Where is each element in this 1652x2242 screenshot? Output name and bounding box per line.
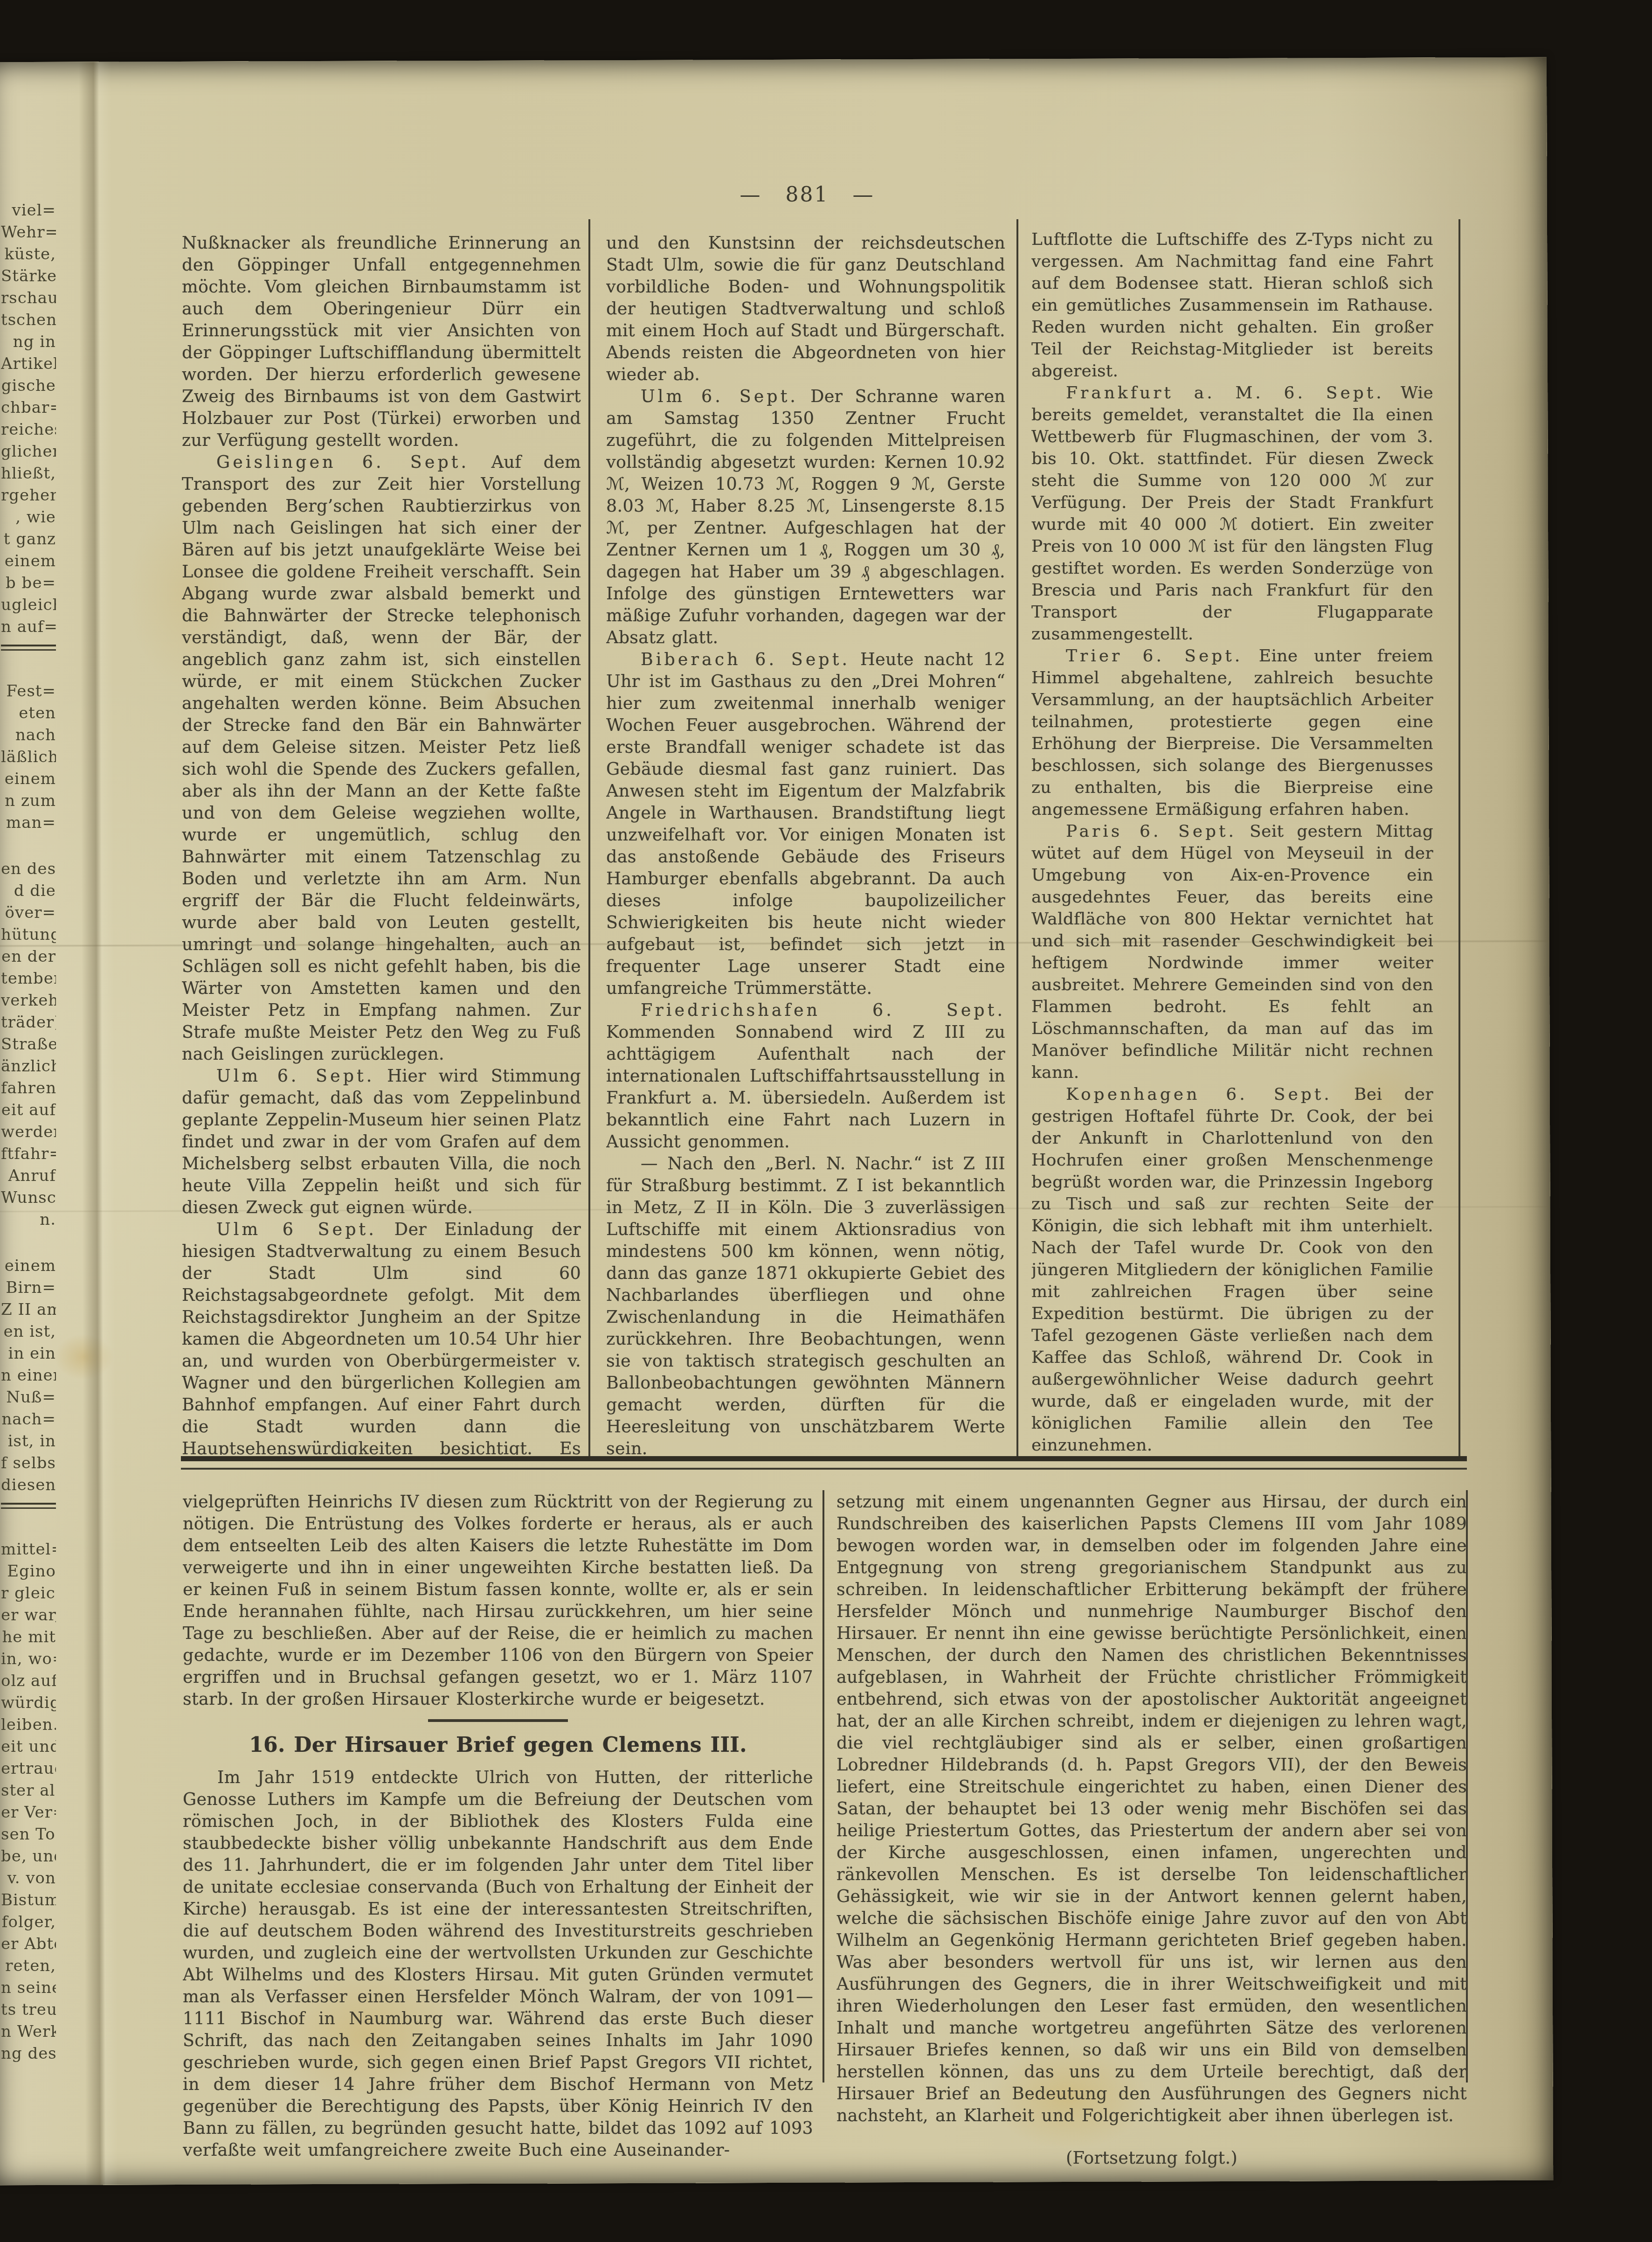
- paragraph: Luftflotte die Luftschiffe des Z-Typs ni…: [1031, 229, 1433, 382]
- separator-rule-short: [428, 1719, 568, 1722]
- edge-text-fragment: werden.: [1, 1121, 56, 1143]
- feuilleton-column-left: vielgeprüften Heinrichs IV diesen zum Rü…: [183, 1491, 813, 2188]
- paragraph: vielgeprüften Heinrichs IV diesen zum Rü…: [183, 1491, 813, 1710]
- scan-border-top: [0, 0, 1652, 61]
- facing-page-edge-text: viel=Wehr=küste,Stärkerschautschenng inA…: [1, 200, 56, 2065]
- edge-text-fragment: folger,: [1, 1911, 56, 1933]
- edge-text-fragment: Wehr=: [1, 222, 56, 243]
- edge-text-fragment: n Werk=: [1, 2021, 56, 2043]
- edge-text-fragment: glichen: [1, 441, 56, 463]
- edge-text-fragment: ftfahr=: [1, 1143, 56, 1165]
- edge-text-fragment: f selbst: [1, 1452, 56, 1474]
- edge-text-fragment: en ist,: [1, 1321, 56, 1343]
- scan-border-bottom: [0, 2185, 1652, 2242]
- edge-text-fragment: Wunsch: [1, 1187, 56, 1209]
- edge-text-fragment: Stärke: [1, 265, 56, 287]
- edge-text-fragment: tember: [1, 968, 56, 990]
- edge-text-fragment: över=: [1, 902, 56, 924]
- edge-text-fragment: Bistum: [1, 1889, 56, 1911]
- edge-text-fragment: en der: [1, 946, 56, 968]
- edge-double-rule: [1, 1503, 56, 1509]
- edge-text-fragment: be, und: [1, 1846, 56, 1867]
- dateline-lead: Kopenhagen 6. Sept.: [1066, 1085, 1332, 1104]
- paragraph: Ulm 6. Sept. Der Schranne waren am Samst…: [606, 385, 1005, 648]
- edge-text-fragment: n einem: [1, 1365, 56, 1387]
- paragraph: Nußknacker als freundliche Erinnerung an…: [182, 232, 581, 451]
- edge-text-fragment: ts treu: [1, 1999, 56, 2021]
- paragraph: und den Kunstsinn der reichsdeutschen St…: [606, 232, 1005, 385]
- edge-text-fragment: en des: [1, 858, 56, 880]
- edge-text-fragment: mittel=: [1, 1539, 56, 1561]
- paragraph: Im Jahr 1519 entdeckte Ulrich von Hutten…: [183, 1766, 813, 2161]
- edge-text-fragment: olz auf: [1, 1670, 56, 1692]
- edge-text-fragment: diesen: [1, 1474, 56, 1496]
- edge-text-fragment: änzlich: [1, 1055, 56, 1077]
- news-column-2: und den Kunstsinn der reichsdeutschen St…: [606, 232, 1005, 1455]
- edge-text-fragment: in, wo=: [1, 1648, 56, 1670]
- edge-text-fragment: rgehen: [1, 485, 56, 507]
- dateline-lead: Friedrichshafen 6. Sept.: [641, 1000, 1005, 1020]
- column-divider: [1016, 219, 1018, 1458]
- fragment-gap: [1, 834, 56, 858]
- edge-text-fragment: man=: [1, 812, 56, 834]
- edge-text-fragment: eten: [1, 702, 56, 724]
- dateline-lead: Frankfurt a. M. 6. Sept.: [1066, 383, 1384, 403]
- edge-text-fragment: Anruf: [1, 1165, 56, 1187]
- fragment-gap: [1, 1514, 56, 1539]
- edge-text-fragment: sen Tod: [1, 1824, 56, 1846]
- edge-text-fragment: n zum: [1, 790, 56, 812]
- dateline-lead: Biberach 6. Sept.: [641, 649, 850, 669]
- edge-text-fragment: n.: [1, 1209, 56, 1231]
- edge-text-fragment: einem: [1, 550, 56, 572]
- edge-text-fragment: träder): [1, 1012, 56, 1034]
- column-divider: [588, 219, 590, 1458]
- section-divider-rule: [181, 1456, 1467, 1461]
- edge-text-fragment: Z II am: [1, 1299, 56, 1321]
- column-divider: [1458, 219, 1460, 1458]
- edge-text-fragment: ster als: [1, 1780, 56, 1802]
- edge-text-fragment: tschen: [1, 309, 56, 331]
- edge-text-fragment: nach: [1, 724, 56, 746]
- edge-text-fragment: reiches: [1, 419, 56, 441]
- edge-text-fragment: he mit: [1, 1626, 56, 1648]
- fragment-gap: [1, 1231, 56, 1255]
- edge-text-fragment: er Abtei: [1, 1933, 56, 1955]
- edge-text-fragment: in ein: [1, 1343, 56, 1365]
- edge-text-fragment: ng in: [1, 331, 56, 353]
- dateline-lead: Ulm 6. Sept.: [216, 1066, 374, 1086]
- edge-text-fragment: Egino: [1, 1561, 56, 1583]
- edge-text-fragment: läßlich: [1, 746, 56, 768]
- edge-text-fragment: hließt,: [1, 463, 56, 485]
- section-divider-rule-thin: [181, 1468, 1467, 1470]
- gutter-fold: [79, 62, 118, 2185]
- dateline-lead: Paris 6. Sept.: [1066, 822, 1237, 841]
- edge-text-fragment: reten,: [1, 1955, 56, 1977]
- dateline-lead: Geislingen 6. Sept.: [216, 452, 469, 472]
- edge-text-fragment: chbar=: [1, 397, 56, 419]
- paragraph: Biberach 6. Sept. Heute nacht 12 Uhr ist…: [606, 648, 1005, 999]
- edge-text-fragment: verkehr: [1, 990, 56, 1012]
- edge-text-fragment: Birn=: [1, 1277, 56, 1299]
- paragraph: Frankfurt a. M. 6. Sept. Wie bereits gem…: [1031, 382, 1433, 645]
- edge-text-fragment: eit und: [1, 1736, 56, 1758]
- edge-text-fragment: hütung: [1, 924, 56, 946]
- edge-text-fragment: Straßen: [1, 1034, 56, 1055]
- edge-text-fragment: gische: [1, 375, 56, 397]
- edge-text-fragment: Nuß=: [1, 1387, 56, 1409]
- continuation-note: (Fortsetzung folgt.): [836, 2147, 1467, 2169]
- fragment-gap: [1, 656, 56, 680]
- edge-text-fragment: t ganz: [1, 528, 56, 550]
- edge-text-fragment: einem: [1, 1255, 56, 1277]
- edge-text-fragment: ertrauen: [1, 1758, 56, 1780]
- news-column-1: Nußknacker als freundliche Erinnerung an…: [182, 232, 581, 1455]
- edge-text-fragment: v. von: [1, 1867, 56, 1889]
- edge-text-fragment: n seinen: [1, 1977, 56, 1999]
- edge-text-fragment: nach=: [1, 1409, 56, 1430]
- edge-text-fragment: ist, in: [1, 1430, 56, 1452]
- edge-text-fragment: rschau: [1, 287, 56, 309]
- edge-text-fragment: eit auf: [1, 1099, 56, 1121]
- paragraph: Ulm 6 Sept. Der Einladung der hiesigen S…: [182, 1218, 581, 1455]
- paragraph: Kopenhagen 6. Sept. Bei der gestrigen Ho…: [1031, 1083, 1433, 1456]
- dateline-lead: Ulm 6. Sept.: [641, 386, 798, 406]
- scan-border-right: [1546, 0, 1652, 2242]
- edge-text-fragment: küste,: [1, 243, 56, 265]
- newspaper-scan: { "colors":{"paper":"#d2c9a4","ink":"#3e…: [0, 0, 1652, 2242]
- edge-text-fragment: b be=: [1, 572, 56, 594]
- column-divider: [823, 1490, 824, 2082]
- edge-text-fragment: , wie: [1, 507, 56, 528]
- paragraph: setzung mit einem ungenannten Gegner aus…: [836, 1491, 1467, 2126]
- paragraph: Trier 6. Sept. Eine unter freiem Himmel …: [1031, 645, 1433, 820]
- dateline-lead: Trier 6. Sept.: [1066, 646, 1243, 666]
- edge-text-fragment: Artikel: [1, 353, 56, 375]
- edge-text-fragment: r gleich: [1, 1583, 56, 1604]
- paragraph: Ulm 6. Sept. Hier wird Stimmung dafür ge…: [182, 1065, 581, 1218]
- edge-text-fragment: er war,: [1, 1604, 56, 1626]
- page-number: — 881 —: [182, 183, 1432, 207]
- paragraph: — Nach den „Berl. N. Nachr.“ ist Z III f…: [606, 1152, 1005, 1455]
- edge-text-fragment: viel=: [1, 200, 56, 222]
- edge-double-rule: [1, 645, 56, 651]
- article-heading: 16. Der Hirsauer Brief gegen Clemens III…: [183, 1734, 813, 1756]
- feuilleton-column-right: setzung mit einem ungenannten Gegner aus…: [836, 1491, 1467, 2188]
- paragraph: Friedrichshafen 6. Sept. Kommenden Sonna…: [606, 999, 1005, 1152]
- edge-text-fragment: er Ver=: [1, 1802, 56, 1824]
- edge-text-fragment: fahren: [1, 1077, 56, 1099]
- edge-text-fragment: ugleich: [1, 594, 56, 616]
- column-divider: [1466, 1490, 1468, 2082]
- paragraph: Geislingen 6. Sept. Auf dem Transport de…: [182, 451, 581, 1065]
- edge-text-fragment: würdige: [1, 1692, 56, 1714]
- edge-text-fragment: Fest=: [1, 680, 56, 702]
- edge-text-fragment: ng des: [1, 2043, 56, 2065]
- paragraph: Paris 6. Sept. Seit gestern Mittag wütet…: [1031, 820, 1433, 1083]
- dateline-lead: Ulm 6 Sept.: [216, 1219, 377, 1239]
- edge-text-fragment: einem: [1, 768, 56, 790]
- edge-text-fragment: d die: [1, 880, 56, 902]
- news-column-3: Luftflotte die Luftschiffe des Z-Typs ni…: [1031, 229, 1433, 1456]
- edge-text-fragment: leiben.: [1, 1714, 56, 1736]
- edge-text-fragment: n auf=: [1, 616, 56, 638]
